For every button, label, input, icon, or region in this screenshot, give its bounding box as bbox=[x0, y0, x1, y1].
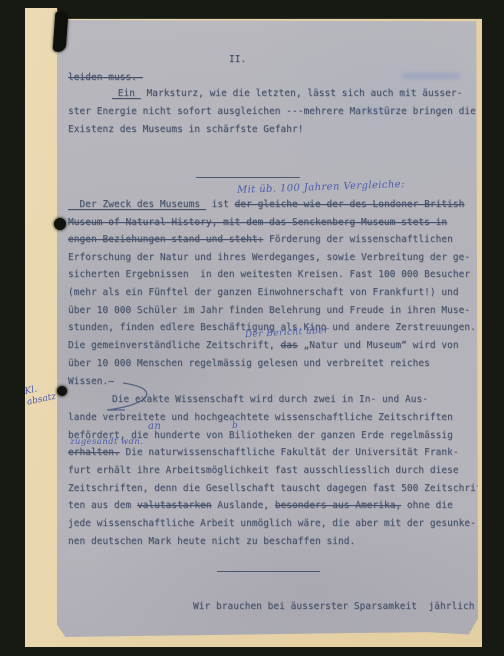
divider-line bbox=[196, 177, 300, 178]
ink-smudge bbox=[402, 73, 460, 79]
text-line: furt erhält ihre Arbeitsmöglichkeit fast… bbox=[68, 465, 459, 476]
typed-text: Die naturwissenschaftliche Fakultät der … bbox=[120, 447, 459, 458]
closing-line: Wir brauchen bei äusserster Sparsamkeit … bbox=[193, 601, 474, 612]
typed-text: „Natur und Museum“ wird von bbox=[298, 340, 459, 351]
underlined-text: Ein bbox=[112, 88, 141, 99]
typed-text: Marksturz, wie die letzten, lässt sich a… bbox=[141, 88, 463, 99]
struck-text: leiden muss.— bbox=[68, 72, 143, 83]
handwritten-replacement: zugesandt wdn. bbox=[70, 437, 143, 447]
text-line: über 10 000 Schüler im Jahr finden Beleh… bbox=[68, 305, 470, 316]
text-line: Erforschung der Natur und ihres Werdegan… bbox=[68, 252, 470, 263]
typed-text: ist bbox=[206, 199, 235, 210]
text-line: Museum of Natural History, mit dem das S… bbox=[68, 217, 447, 228]
text-line: engen Beziehungen stand und steht: Förde… bbox=[68, 234, 453, 245]
text-line: Existenz des Museums in schärfste Gefahr… bbox=[68, 124, 304, 135]
text-line: ten aus dem valutastarken Auslande, beso… bbox=[68, 500, 453, 511]
punch-hole bbox=[57, 386, 67, 396]
text-line: lande verbreitete und hochgeachtete wiss… bbox=[68, 412, 453, 423]
text-line: Die exakte Wissenschaft wird durch zwei … bbox=[112, 394, 428, 405]
handwritten-note: Mit üb. 100 Jahren Vergleiche: bbox=[237, 180, 405, 196]
divider-line bbox=[217, 571, 320, 572]
underlined-text: Der Zweck des Museums bbox=[68, 199, 206, 210]
text-line: ster Energie nicht sofort ausgleichen --… bbox=[68, 106, 476, 117]
typed-text: ohne die bbox=[401, 500, 453, 511]
text-line: Ein Marksturz, wie die letzten, lässt si… bbox=[112, 88, 462, 99]
handwritten-slash: / bbox=[482, 483, 486, 494]
text-line: erhalten. Die naturwissenschaftliche Fak… bbox=[68, 447, 459, 458]
text-line: nen deutschen Mark heute nicht zu bescha… bbox=[68, 536, 355, 547]
typed-text: Auslande, bbox=[212, 500, 275, 511]
punch-hole bbox=[54, 218, 66, 230]
document-page: II. leiden muss.— Ein Marksturz, wie die… bbox=[57, 20, 478, 637]
ink-smudge bbox=[357, 108, 397, 113]
handwritten-insertion: b bbox=[232, 421, 238, 431]
text-line: Die gemeinverständliche Zeitschrift, das… bbox=[68, 340, 459, 351]
handwritten-insertion: an bbox=[148, 422, 161, 432]
text-line: Zeitschriften, denn die Gesellschaft tau… bbox=[68, 483, 485, 494]
struck-text: das bbox=[281, 340, 298, 351]
text-line: jede wissenschaftliche Arbeit unmöglich … bbox=[68, 518, 476, 529]
typed-text: liotheken der ganzen Erde regelmässig bbox=[240, 430, 453, 441]
text-line: sicherten Ergebnissen in den weitesten K… bbox=[68, 269, 470, 280]
page-number: II. bbox=[229, 54, 246, 65]
typed-text: Förderung der wissenschaftlichen bbox=[263, 234, 453, 245]
struck-text: valutastarken bbox=[137, 500, 212, 511]
typed-text: Zeitschriften, denn die Gesellschaft tau… bbox=[68, 483, 482, 494]
typed-text: Die gemeinverständliche Zeitschrift, bbox=[68, 340, 281, 351]
text-line: (mehr als ein Fünftel der ganzen Einwohn… bbox=[68, 287, 459, 298]
typed-text: ten aus dem bbox=[68, 500, 137, 511]
struck-text: erhalten. bbox=[68, 447, 120, 458]
text-line: leiden muss.— bbox=[68, 72, 143, 83]
struck-text: der gleiche wie der des Londoner British bbox=[235, 199, 465, 210]
struck-text: engen Beziehungen stand und steht: bbox=[68, 234, 263, 245]
text-line: über 10 000 Menschen regelmässig gelesen… bbox=[68, 358, 430, 369]
struck-text: Museum of Natural History, mit dem das S… bbox=[68, 217, 447, 228]
struck-text: besonders aus Amerika, bbox=[275, 500, 401, 511]
scanned-document-screenshot: { "colors": { "typewriter_ink": "#46536b… bbox=[0, 0, 504, 656]
text-line: Der Zweck des Museums ist der gleiche wi… bbox=[68, 199, 464, 210]
